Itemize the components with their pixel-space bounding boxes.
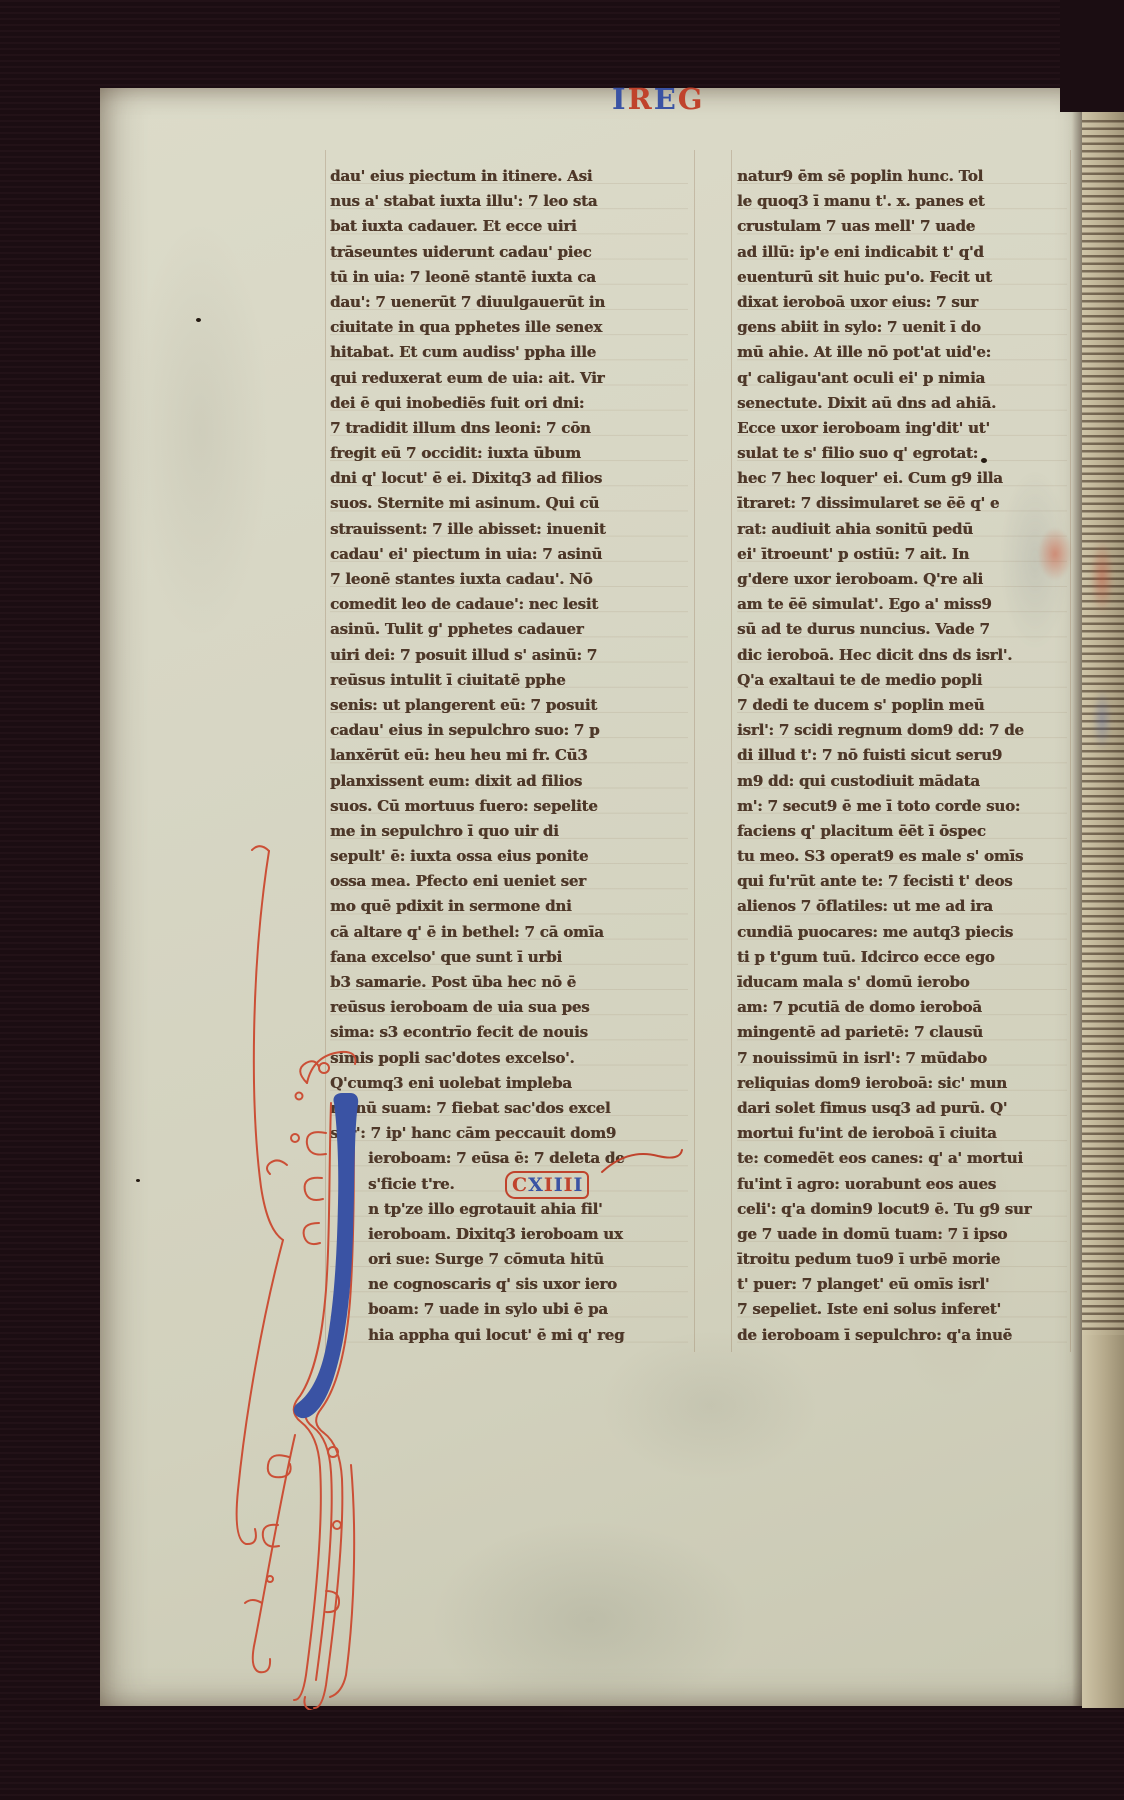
manuscript-text-line: Ecce uxor ieroboam ing'dit' ut' — [737, 416, 1067, 441]
manuscript-text-line: ītraret: 7 dissimularet se ēē q' e — [737, 491, 1067, 516]
manuscript-text-line: celi': q'a domin9 locut9 ē. Tu g9 sur — [737, 1197, 1067, 1222]
manuscript-text-line: me in sepulchro ī quo uir di — [330, 819, 688, 844]
manuscript-text-line: mortui fu'int de ieroboā ī ciuita — [737, 1121, 1067, 1146]
manuscript-text-line: reūsus ieroboam de uia sua pes — [330, 995, 688, 1020]
manuscript-text-line: mingentē ad parietē: 7 clausū — [737, 1020, 1067, 1045]
manuscript-text-line: am te ēē simulat'. Ego a' miss9 — [737, 592, 1067, 617]
background-corner — [1060, 0, 1124, 112]
manuscript-text-line: t' puer: 7 planget' eū omīs isrl' — [737, 1272, 1067, 1297]
manuscript-text-line: manū suam: 7 fiebat sac'dos excel — [330, 1096, 688, 1121]
manuscript-text-line: natur9 ēm sē poplin hunc. Tol — [737, 164, 1067, 189]
manuscript-text-line: faciens q' placitum ēēt ī ōspec — [737, 819, 1067, 844]
manuscript-text-line: reliquias dom9 ieroboā: sic' mun — [737, 1071, 1067, 1096]
colored-letter: I — [554, 1174, 563, 1196]
manuscript-text-line: 7 leonē stantes iuxta cadau'. Nō — [330, 567, 688, 592]
manuscript-text-line: suos. Sternite mi asinum. Qui cū — [330, 491, 688, 516]
manuscript-text-line: reūsus intulit ī ciuitatē pphe — [330, 668, 688, 693]
manuscript-text-line: ossa mea. Pfecto eni ueniet ser — [330, 869, 688, 894]
manuscript-text-line: cā altare q' ē in bethel: 7 cā omīa — [330, 920, 688, 945]
manuscript-text-line: di illud t': 7 nō fuisti sicut seru9 — [737, 743, 1067, 768]
manuscript-text-line: dau': 7 uenerūt 7 diuulgauerūt in — [330, 290, 688, 315]
manuscript-text-line: ieroboam. Dixitq3 ieroboam ux — [368, 1222, 688, 1247]
ink-speck — [196, 318, 201, 322]
manuscript-text-line: ne cognoscaris q' sis uxor iero — [368, 1272, 688, 1297]
text-column-right: natur9 ēm sē poplin hunc. Tolle quoq3 ī … — [737, 164, 1067, 1348]
manuscript-text-line: Q'a exaltaui te de medio popli — [737, 668, 1067, 693]
fore-edge-red-penwork-bleed — [1090, 540, 1114, 614]
manuscript-text-line: dni q' locut' ē ei. Dixitq3 ad filios — [330, 466, 688, 491]
manuscript-text-line: am: 7 pcutiā de domo ieroboā — [737, 995, 1067, 1020]
colored-letter: I — [564, 1174, 573, 1196]
colored-letter: I — [574, 1174, 583, 1196]
manuscript-text-line: alienos 7 ōflatiles: ut me ad ira — [737, 894, 1067, 919]
colored-letter: X — [528, 1174, 543, 1196]
chapter-number-rubric: CXIIII — [505, 1171, 589, 1199]
colored-letter: E — [654, 82, 676, 116]
colored-letter: I — [544, 1174, 553, 1196]
colored-letter: G — [678, 82, 703, 116]
manuscript-text-line: senis: ut plangerent eū: 7 posuit — [330, 693, 688, 718]
manuscript-text-line: 7 nouissimū in isrl': 7 mūdabo — [737, 1046, 1067, 1071]
manuscript-text-line: ge 7 uade in domū tuam: 7 ī ipso — [737, 1222, 1067, 1247]
manuscript-text-line: hec 7 hec loquer' ei. Cum g9 illa — [737, 466, 1067, 491]
manuscript-text-line: tū in uia: 7 leonē stantē iuxta ca — [330, 265, 688, 290]
manuscript-text-line: cadau' ei' piectum in uia: 7 asinū — [330, 542, 688, 567]
ruling-line-vertical — [731, 150, 732, 1352]
manuscript-text-line: bat iuxta cadauer. Et ecce uiri — [330, 214, 688, 239]
manuscript-text-line: 7 tradidit illum dns leoni: 7 cōn — [330, 416, 688, 441]
fore-edge-strip — [1082, 108, 1124, 1708]
manuscript-text-line: senectute. Dixit aū dns ad ahiā. — [737, 391, 1067, 416]
manuscript-text-line: uiri dei: 7 posuit illud s' asinū: 7 — [330, 643, 688, 668]
manuscript-text-line: g'dere uxor ieroboam. Q're ali — [737, 567, 1067, 592]
manuscript-photo: IREG dau' eius piectum in itinere. Asinu… — [0, 0, 1124, 1800]
initial-letter-I — [294, 1093, 358, 1418]
manuscript-text-line: dau' eius piectum in itinere. Asi — [330, 164, 688, 189]
manuscript-text-line: ori sue: Surge 7 cōmuta hitū — [368, 1247, 688, 1272]
manuscript-text-line: le quoq3 ī manu t'. x. panes et — [737, 189, 1067, 214]
manuscript-text-line: fu'int ī agro: uorabunt eos aues — [737, 1172, 1067, 1197]
manuscript-text-line: 7 sepeliet. Iste eni solus inferet' — [737, 1297, 1067, 1322]
manuscript-text-line: simis popli sac'dotes excelso'. — [330, 1046, 688, 1071]
manuscript-text-line: dic ieroboā. Hec dicit dns ds isrl'. — [737, 643, 1067, 668]
manuscript-text-line: m': 7 secut9 ē me ī toto corde suo: — [737, 794, 1067, 819]
decorated-initial-flourish — [225, 835, 360, 1710]
manuscript-text-line: comedit leo de cadaue': nec lesit — [330, 592, 688, 617]
colored-letter: C — [512, 1174, 527, 1196]
ink-speck — [136, 1179, 140, 1182]
manuscript-text-line: fana excelso' que sunt ī urbi — [330, 945, 688, 970]
manuscript-text-line: ad illū: ip'e eni indicabit t' q'd — [737, 240, 1067, 265]
manuscript-text-line: qui fu'rūt ante te: 7 fecisti t' deos — [737, 869, 1067, 894]
manuscript-text-line: sulat te s' filio suo q' egrotat: — [737, 441, 1067, 466]
manuscript-text-line: īducam mala s' domū ierobo — [737, 970, 1067, 995]
manuscript-text-line: de ieroboam ī sepulchro: q'a inuē — [737, 1323, 1067, 1348]
manuscript-text-line: hitabat. Et cum audiss' ppha ille — [330, 340, 688, 365]
manuscript-text-line: crustulam 7 uas mell' 7 uade — [737, 214, 1067, 239]
manuscript-text-line: isrl': 7 scidi regnum dom9 dd: 7 de — [737, 718, 1067, 743]
manuscript-text-line: sepult' ē: iuxta ossa eius ponite — [330, 844, 688, 869]
colored-letter: I — [612, 82, 626, 116]
manuscript-text-line: 7 dedi te ducem s' poplin meū — [737, 693, 1067, 718]
manuscript-text-line: m9 dd: qui custodiuit mādata — [737, 769, 1067, 794]
manuscript-text-line: ītroitu pedum tuo9 ī urbē morie — [737, 1247, 1067, 1272]
manuscript-text-line: te: comedēt eos canes: q' a' mortui — [737, 1146, 1067, 1171]
manuscript-text-line: sū ad te durus nuncius. Vade 7 — [737, 617, 1067, 642]
ruling-line-vertical — [694, 150, 695, 1352]
manuscript-text-line: mū ahie. At ille nō pot'at uid'e: — [737, 340, 1067, 365]
manuscript-text-line: tu meo. S3 operat9 es male s' omīs — [737, 844, 1067, 869]
manuscript-text-line: q' caligau'ant oculi ei' p nimia — [737, 366, 1067, 391]
manuscript-text-line: suos. Cū mortuus fuero: sepelite — [330, 794, 688, 819]
manuscript-text-line: hia appha qui locut' ē mi q' reg — [368, 1323, 688, 1348]
manuscript-text-line: ciuitate in qua pphetes ille senex — [330, 315, 688, 340]
manuscript-text-line: euenturū sit huic pu'o. Fecit ut — [737, 265, 1067, 290]
manuscript-text-line: dei ē qui inobediēs fuit ori dni: — [330, 391, 688, 416]
manuscript-text-line: lanxērūt eū: heu heu mi fr. Cū3 — [330, 743, 688, 768]
manuscript-text-line: asinū. Tulit g' pphetes cadauer — [330, 617, 688, 642]
manuscript-text-line: trāseuntes uiderunt cadau' piec — [330, 240, 688, 265]
manuscript-text-line: strauissent: 7 ille abisset: inuenit — [330, 517, 688, 542]
manuscript-text-line: dixat ieroboā uxor eius: 7 sur — [737, 290, 1067, 315]
manuscript-text-line: boam: 7 uade in sylo ubi ē pa — [368, 1297, 688, 1322]
manuscript-text-line: ti p t'gum tuū. Idcirco ecce ego — [737, 945, 1067, 970]
rubric-red-swash — [598, 1132, 688, 1176]
manuscript-text-line: ei' ītroeunt' p ostiū: 7 ait. In — [737, 542, 1067, 567]
manuscript-text-line: n tp'ze illo egrotauit ahia fil' — [368, 1197, 688, 1222]
running-title-regum: IREG — [612, 82, 703, 116]
manuscript-text-line: cundiā puocares: me autq3 piecis — [737, 920, 1067, 945]
manuscript-text-line: nus a' stabat iuxta illu': 7 leo sta — [330, 189, 688, 214]
manuscript-text-line: mo quē pdixit in sermone dni — [330, 894, 688, 919]
manuscript-text-line: rat: audiuit ahia sonitū pedū — [737, 517, 1067, 542]
colored-letter: R — [628, 82, 652, 116]
manuscript-text-line: dari solet fimus usq3 ad purū. Q' — [737, 1096, 1067, 1121]
manuscript-text-line: planxissent eum: dixit ad filios — [330, 769, 688, 794]
ruling-line-vertical — [1070, 150, 1071, 1352]
manuscript-text-line: sima: s3 econtrīo fecit de nouis — [330, 1020, 688, 1045]
fore-edge-blue-penwork-bleed — [1092, 688, 1112, 752]
manuscript-text-line: cadau' eius in sepulchro suo: 7 p — [330, 718, 688, 743]
manuscript-text-line: Q'cumq3 eni uolebat impleba — [330, 1071, 688, 1096]
manuscript-text-line: fregit eū 7 occidit: iuxta ūbum — [330, 441, 688, 466]
manuscript-text-line: qui reduxerat eum de uia: ait. Vir — [330, 366, 688, 391]
manuscript-text-line: gens abiit in sylo: 7 uenit ī do — [737, 315, 1067, 340]
manuscript-text-line: b3 samarie. Post ūba hec nō ē — [330, 970, 688, 995]
